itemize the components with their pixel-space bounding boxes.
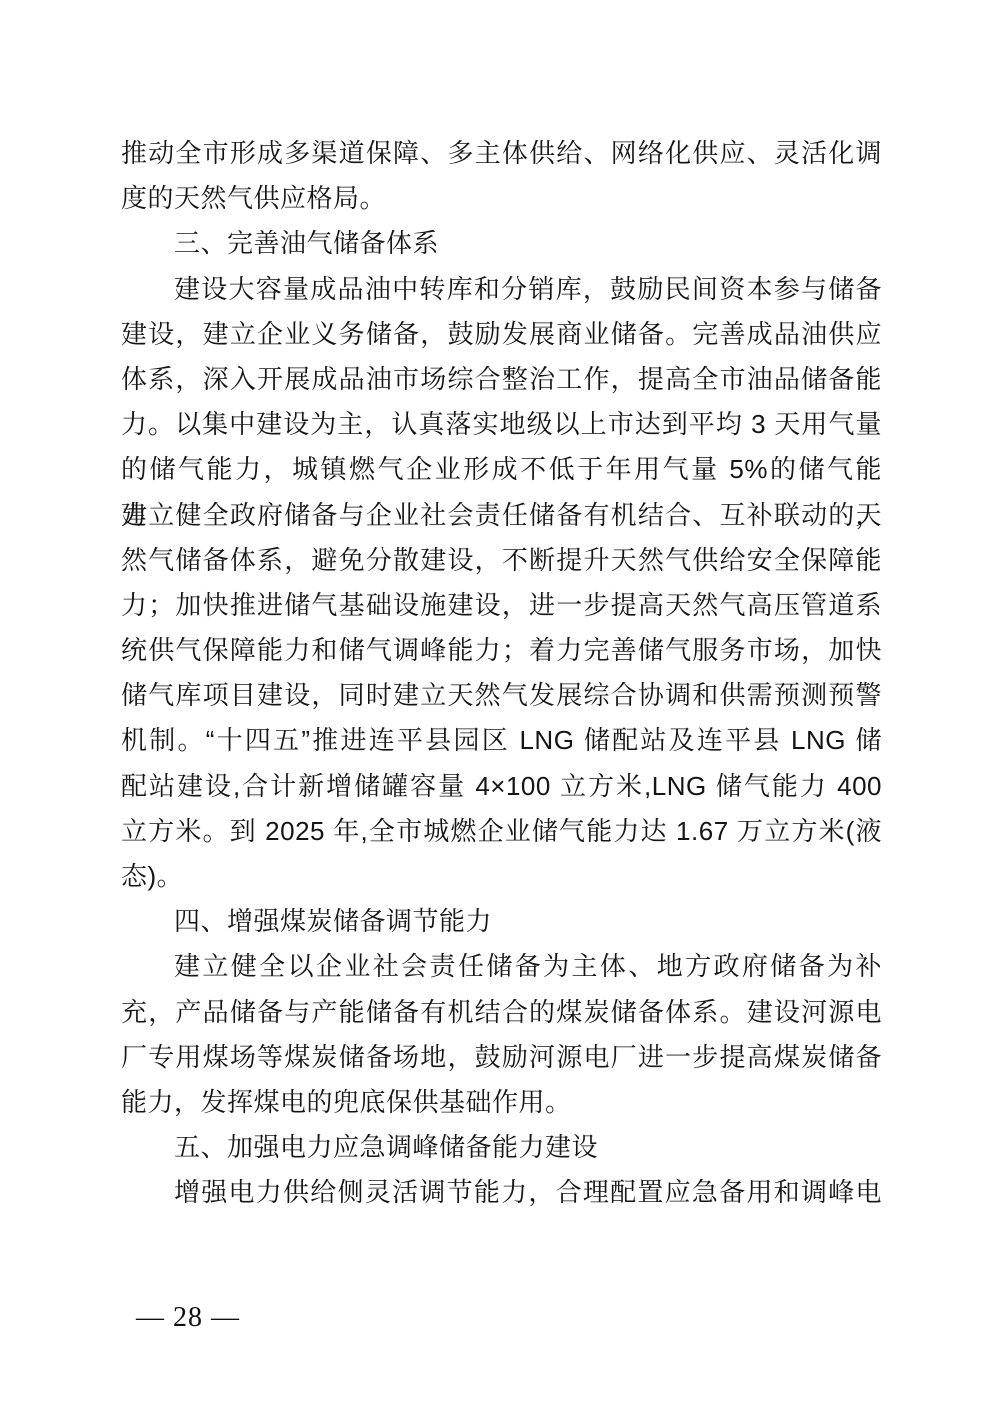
text-line: 统供气保障能力和储气调峰能力；着力完善储气服务市场，加快 bbox=[121, 628, 882, 673]
text-line: 度的天然气供应格局。 bbox=[121, 176, 882, 221]
text-line: 能力，发挥煤电的兜底保供基础作用。 bbox=[121, 1080, 882, 1125]
text-line: 的储气能力，城镇燃气企业形成不低于年用气量 5%的储气能力， bbox=[121, 447, 882, 492]
text-line: 建设大容量成品油中转库和分销库，鼓励民间资本参与储备 bbox=[121, 267, 882, 312]
text-line: 力。以集中建设为主，认真落实地级以上市达到平均 3 天用气量 bbox=[121, 402, 882, 447]
page-footer: — 28 — bbox=[136, 1301, 240, 1335]
text-line: 充，产品储备与产能储备有机结合的煤炭储备体系。建设河源电 bbox=[121, 990, 882, 1035]
text-line: 体系，深入开展成品油市场综合整治工作，提高全市油品储备能 bbox=[121, 357, 882, 402]
text-line: 然气储备体系，避免分散建设，不断提升天然气供给安全保障能 bbox=[121, 538, 882, 583]
section-heading: 五、加强电力应急调峰储备能力建设 bbox=[121, 1125, 882, 1170]
text-line: 配站建设,合计新增储罐容量 4×100 立方米,LNG 储气能力 400 bbox=[121, 764, 882, 809]
text-line: 储气库项目建设，同时建立天然气发展综合协调和供需预测预警 bbox=[121, 673, 882, 718]
section-heading: 四、增强煤炭储备调节能力 bbox=[121, 899, 882, 944]
text-line: 推动全市形成多渠道保障、多主体供给、网络化供应、灵活化调 bbox=[121, 131, 882, 176]
text-line: 力；加快推进储气基础设施建设，进一步提高天然气高压管道系 bbox=[121, 583, 882, 628]
text-line: 态)。 bbox=[121, 854, 882, 899]
document-body: 推动全市形成多渠道保障、多主体供给、网络化供应、灵活化调度的天然气供应格局。三、… bbox=[121, 131, 882, 1216]
text-line: 建设，建立企业义务储备，鼓励发展商业储备。完善成品油供应 bbox=[121, 312, 882, 357]
document-page: 推动全市形成多渠道保障、多主体供给、网络化供应、灵活化调度的天然气供应格局。三、… bbox=[0, 0, 1000, 1414]
text-line: 建立健全政府储备与企业社会责任储备有机结合、互补联动的天 bbox=[121, 493, 882, 538]
text-line: 机制。“十四五”推进连平县园区 LNG 储配站及连平县 LNG 储 bbox=[121, 718, 882, 763]
text-line: 厂专用煤场等煤炭储备场地，鼓励河源电厂进一步提高煤炭储备 bbox=[121, 1035, 882, 1080]
text-line: 立方米。到 2025 年,全市城燃企业储气能力达 1.67 万立方米(液 bbox=[121, 809, 882, 854]
section-heading: 三、完善油气储备体系 bbox=[121, 221, 882, 266]
text-line: 增强电力供给侧灵活调节能力，合理配置应急备用和调峰电 bbox=[121, 1170, 882, 1215]
page-number: — 28 — bbox=[136, 1302, 240, 1333]
text-line: 建立健全以企业社会责任储备为主体、地方政府储备为补 bbox=[121, 944, 882, 989]
